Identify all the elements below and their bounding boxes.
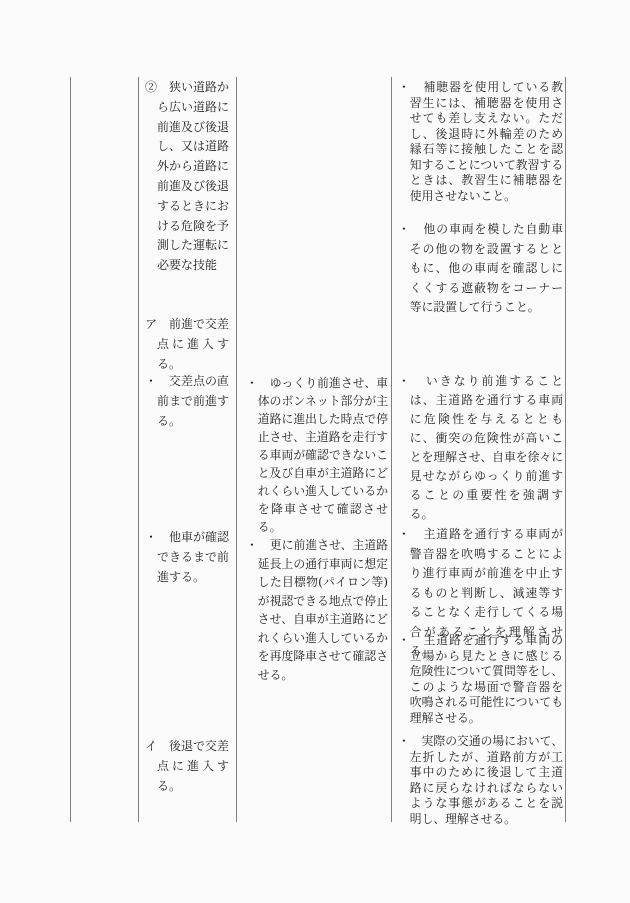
table-vertical-border: [565, 77, 566, 822]
skill-item-heading: ② 狭い道路から広い道路に前進及び後退し、又は道路外から道路に前進及び後退すると…: [145, 78, 229, 276]
skill-bullet-advance-until-visible: ・ 他車が確認できるまで前進する。: [145, 528, 229, 587]
skill-item-cell: ② 狭い道路から広い道路に前進及び後退し、又は道路外から道路に前進及び後退すると…: [138, 77, 236, 822]
document-page: ② 狭い道路から広い道路に前進及び後退し、又は道路外から道路に前進及び後退すると…: [0, 0, 630, 903]
method-bullet-slow-advance: ・ ゆっくり前進させ、車体のボンネット部分が主道路に進出した時点で停止させ、主道…: [246, 374, 388, 536]
notes-cell: ・ 補聴器を使用している教習生には、補聴器を使用させても差し支えない。ただし、後…: [391, 77, 565, 822]
method-bullet-further-advance: ・ 更に前進させ、主道路延長上の通行車両に想定した目標物(パイロン等)が視認でき…: [246, 536, 388, 684]
empty-cell: [70, 77, 138, 822]
note-bullet-hearing-aid: ・ 補聴器を使用している教習生には、補聴器を使用させても差し支えない。ただし、後…: [398, 80, 563, 204]
instruction-table: ② 狭い道路から広い道路に前進及び後退し、又は道路外から道路に前進及び後退すると…: [70, 77, 566, 822]
note-bullet-main-road-perspective: ・ 主道路を通行する車両の立場から見たときに感じる危険性について質問等をし、この…: [398, 633, 563, 726]
skill-bullet-advance-to-edge: ・ 交差点の直前まで前進する。: [145, 372, 229, 431]
skill-sub-item-a: ア 前進で交差点に進入する。: [145, 315, 229, 374]
note-bullet-real-traffic-example: ・ 実際の交通の場において、左折したが、道路前方が工事中のために後退して主道路に…: [398, 734, 563, 827]
teaching-method-cell: ・ ゆっくり前進させ、車体のボンネット部分が主道路に進出した時点で停止させ、主道…: [236, 77, 391, 822]
note-bullet-sudden-advance-danger: ・ いきなり前進することは、主道路を通行する車両に危険性を与えるとともに、衝突の…: [398, 372, 563, 524]
note-bullet-mock-vehicles: ・ 他の車両を模した自動車その他の物を設置するとともに、他の車両を確認しにくくす…: [398, 220, 563, 318]
skill-sub-item-b: イ 後退で交差点に進入する。: [145, 737, 229, 796]
